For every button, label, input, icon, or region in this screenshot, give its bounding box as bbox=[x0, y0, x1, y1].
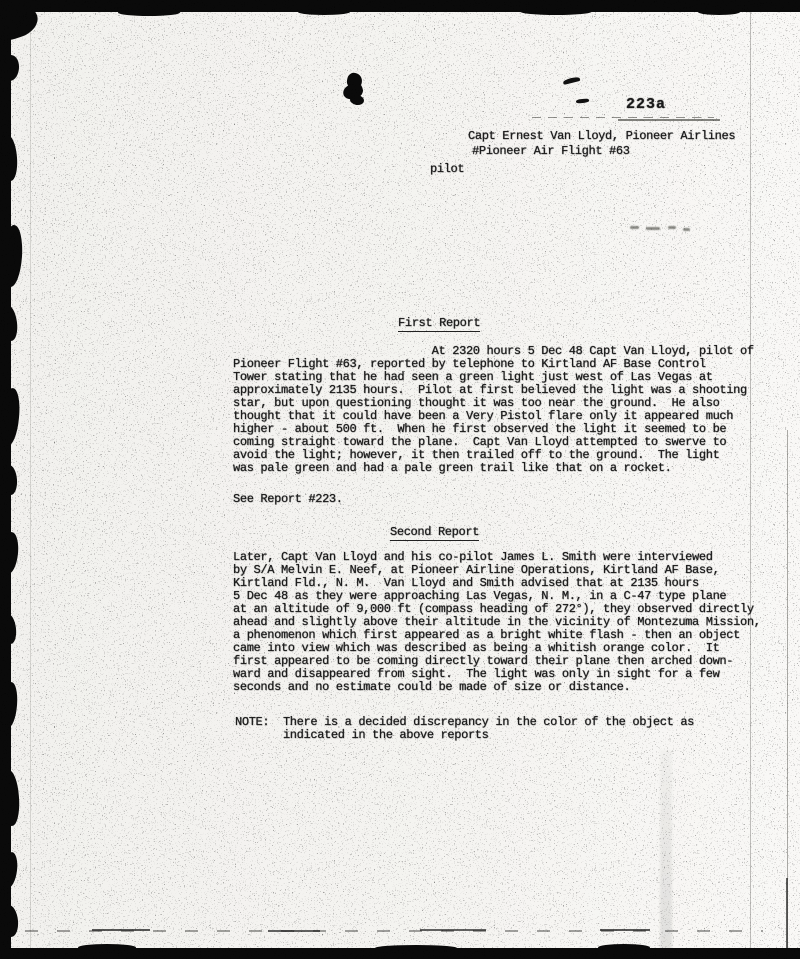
page-number-underline-faint bbox=[532, 117, 714, 118]
stray-dash-mark bbox=[576, 98, 589, 103]
scan-edge-blot bbox=[375, 945, 457, 951]
first-report-paragraph: At 2320 hours 5 Dec 48 Capt Van Lloyd, p… bbox=[233, 345, 754, 475]
recipient-header: Capt Ernest Van Lloyd, Pioneer Airlines … bbox=[468, 130, 735, 160]
illegible-smudge-mark bbox=[646, 227, 660, 230]
report-line: seconds and no estimate could be made of… bbox=[233, 681, 761, 694]
scan-dashed-dark-segment bbox=[92, 929, 150, 931]
scan-line-right bbox=[750, 0, 751, 959]
scan-edge-blot bbox=[520, 8, 592, 15]
scan-edge-blot bbox=[298, 9, 350, 15]
scan-dashed-dark-segment bbox=[600, 929, 650, 931]
scan-edge-blot bbox=[598, 944, 650, 951]
note-block: NOTE: There is a decided discrepancy in … bbox=[235, 716, 694, 742]
note-line: indicated in the above reports bbox=[235, 729, 694, 742]
scan-edge-blot bbox=[698, 9, 740, 15]
second-report-paragraph: Later, Capt Van Lloyd and his co-pilot J… bbox=[233, 551, 761, 694]
scan-dashed-dark-segment bbox=[268, 930, 320, 932]
first-report-title: First Report bbox=[398, 317, 480, 330]
scan-streak bbox=[660, 750, 672, 959]
illegible-smudge-mark bbox=[683, 228, 690, 231]
scanned-document-page: 223a Capt Ernest Van Lloyd, Pioneer Airl… bbox=[0, 0, 800, 959]
page-number-underline-dark bbox=[618, 119, 720, 121]
illegible-smudge-mark bbox=[668, 226, 676, 229]
stray-pen-mark bbox=[563, 76, 581, 85]
second-report-title: Second Report bbox=[390, 526, 479, 539]
scan-edge-blot bbox=[0, 54, 20, 82]
report-line: was pale green and had a pale green trai… bbox=[233, 462, 754, 475]
scan-line-left bbox=[30, 0, 31, 959]
first-report-title-text: First Report bbox=[398, 316, 480, 332]
pilot-label: pilot bbox=[430, 163, 464, 176]
recipient-name: Capt Ernest Van Lloyd, Pioneer Airlines bbox=[468, 130, 735, 145]
scan-edge-blot bbox=[118, 9, 180, 16]
scan-edge-blot bbox=[78, 944, 136, 951]
recipient-flight: #Pioneer Air Flight #63 bbox=[468, 145, 735, 160]
page-number: 223a bbox=[626, 98, 666, 111]
ink-blot-part bbox=[349, 94, 364, 106]
scan-line-far-right-dark bbox=[786, 878, 788, 950]
illegible-smudge-mark bbox=[630, 226, 639, 229]
see-report-reference: See Report #223. bbox=[233, 493, 343, 506]
scan-dashed-dark-segment bbox=[420, 929, 486, 931]
second-report-title-text: Second Report bbox=[390, 525, 479, 541]
